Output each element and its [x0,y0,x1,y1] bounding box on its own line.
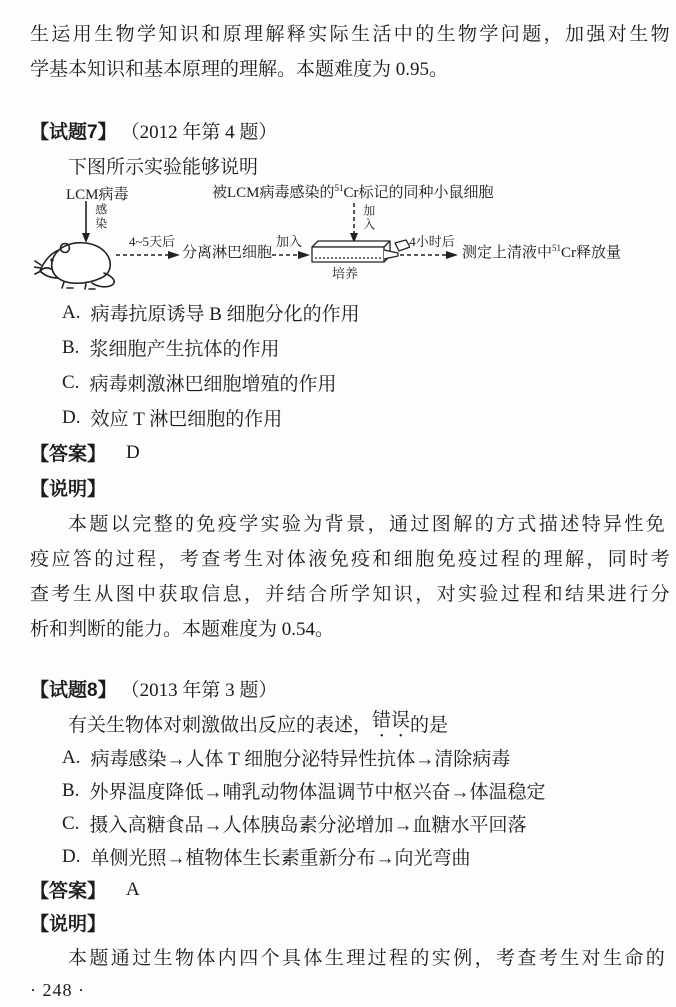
emphasized-word: 错误 [372,705,410,742]
q8-explain-row: 【说明】 [30,906,646,939]
q8-option-b: B.外界温度降低→哺乳动物体温调节中枢兴奋→体温稳定 [30,774,646,807]
q7-explanation-line-1: 本题以完整的免疫学实验为背景，通过图解的方式描述特异性免 [30,505,646,540]
q8-heading-source: （2013 年第 3 题） [121,675,278,702]
culture-label: 培养 [332,267,358,282]
section-gap [30,85,646,113]
q7-explain-row: 【说明】 [30,470,646,505]
q8-heading-tag: 【试题8】 [30,675,117,702]
q7-explain-label: 【说明】 [30,474,106,501]
intro-line-1: 生运用生物学知识和原理解释实际生活中的生物学问题，加强对生物 [30,15,646,50]
q7-answer-label: 【答案】 [30,439,106,466]
q7-heading: 【试题7】 （2012 年第 4 题） [30,113,646,148]
q7-experiment-diagram: LCM病毒 感染 被LCM病毒感染的51Cr标记的同种小鼠细胞 加入 [30,183,646,295]
q8-option-c: C.摄入高糖食品→人体胰岛素分泌增加→血糖水平回落 [30,807,646,840]
q7-answer-row: 【答案】 D [30,435,646,470]
q7-option-a: A.病毒抗原诱导 B 细胞分化的作用 [30,295,646,330]
q7-option-b: B.浆细胞产生抗体的作用 [30,330,646,365]
arrow2-label: 加入 [276,235,302,250]
virus-label: LCM病毒 [66,187,129,204]
section-gap [30,645,646,671]
q8-answer-row: 【答案】 A [30,873,646,906]
q7-answer-value: D [126,442,140,464]
q8-answer-label: 【答案】 [30,876,106,903]
separate-lymphocytes-label: 分离淋巴细胞 [182,245,272,262]
q7-option-d: D.效应 T 淋巴细胞的作用 [30,400,646,435]
q8-option-d: D.单侧光照→植物体生长素重新分布→向光弯曲 [30,840,646,873]
page-number: · 248 · [30,974,646,1007]
culture-flask-illustration [310,238,410,268]
q7-explanation-line-2: 疫应答的过程，考查考生对体液免疫和细胞免疫过程的理解，同时考 [30,540,646,575]
labeled-cells-label: 被LCM病毒感染的51Cr标记的同种小鼠细胞 [212,185,494,202]
q8-stem: 有关生物体对刺激做出反应的表述，错误的是 [30,706,646,741]
arrow-right-icon-2 [272,249,310,261]
document-page: 生运用生物学知识和原理解释实际生活中的生物学问题，加强对生物 学基本知识和基本原… [0,0,676,1007]
measure-release-label: 测定上清液中51Cr释放量 [462,245,621,262]
q7-heading-source: （2012 年第 4 题） [121,117,278,144]
q7-explanation-line-3: 查考生从图中获取信息，并结合所学知识，对实验过程和结果进行分 [30,575,646,610]
q7-option-c: C.病毒刺激淋巴细胞增殖的作用 [30,365,646,400]
q7-stem: 下图所示实验能够说明 [30,148,646,183]
q8-heading: 【试题8】 （2013 年第 3 题） [30,671,646,706]
infect-label: 感染 [93,203,107,231]
q7-heading-tag: 【试题7】 [30,117,117,144]
q8-option-a: A.病毒感染→人体 T 细胞分泌特异性抗体→清除病毒 [30,741,646,774]
q8-explanation-line-1: 本题通过生物体内四个具体生理过程的实例，考查考生对生命的 [30,939,646,974]
arrow1-label: 4~5天后 [122,235,182,250]
mouse-illustration [34,233,124,291]
add-cells-vertical-label: 加入 [361,204,375,232]
arrow-right-icon-3 [400,249,458,261]
q8-answer-value: A [126,879,140,901]
intro-line-2: 学基本知识和基本原理的理解。本题难度为 0.95。 [30,50,646,85]
add-cells-arrow-down-icon [348,203,360,243]
arrow3-label: 4小时后 [404,235,460,250]
q7-explanation-line-4: 析和判断的能力。本题难度为 0.54。 [30,610,646,645]
arrow-right-icon-1 [116,249,180,261]
q8-explain-label: 【说明】 [30,909,106,936]
